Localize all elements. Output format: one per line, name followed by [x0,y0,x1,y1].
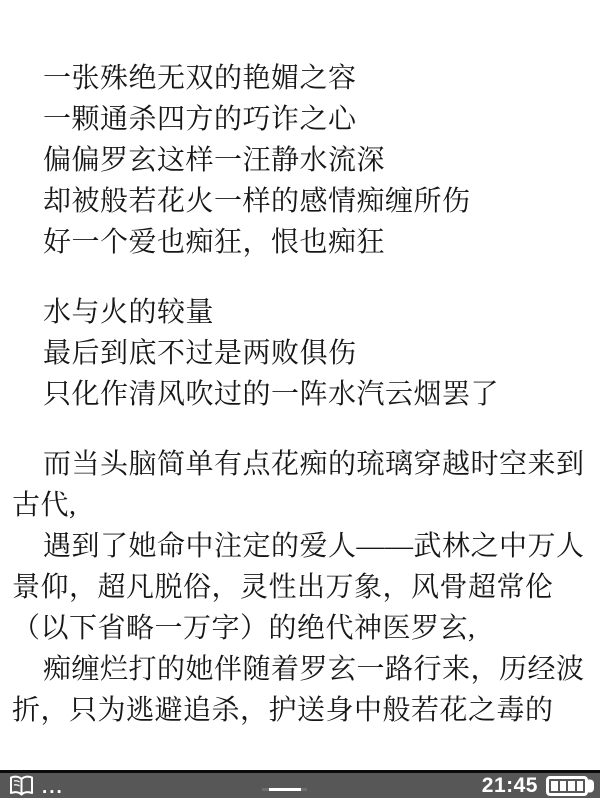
text-line: （以下省略一万字）的绝代神医罗玄, [12,608,596,649]
reader-page[interactable]: 一张殊绝无双的艳媚之容一颗通杀四方的巧诈之心偏偏罗玄这样一汪静水流深却被般若花火… [12,58,596,768]
text-line: 古代, [12,485,596,526]
battery-bar [560,781,567,791]
text-line: 好一个爱也痴狂，恨也痴狂 [12,222,596,263]
battery-bar [551,781,558,791]
text-line: 却被般若花火一样的感情痴缠所伤 [12,181,596,222]
text-line: 痴缠烂打的她伴随着罗玄一路行来，历经波 [12,649,596,690]
menu-ellipsis-label: ... [42,783,64,793]
text-line: 遇到了她命中注定的爱人——武林之中万人 [12,526,596,567]
text-line: 一颗通杀四方的巧诈之心 [12,99,596,140]
text-line: 偏偏罗玄这样一汪静水流深 [12,140,596,181]
battery-icon [546,776,588,796]
reader-menu-button[interactable]: ... [8,774,64,798]
reading-progress-slider[interactable] [262,788,307,791]
open-book-icon [8,775,35,797]
reading-progress-fill [269,788,301,791]
text-line: 只化作清风吹过的一阵水汽云烟罢了 [12,374,596,415]
text-line: 折，只为逃避追杀，护送身中般若花之毒的 [12,690,596,731]
battery-bar [577,781,584,791]
battery-bar [568,781,575,791]
status-bar: ... 21:45 [0,770,600,798]
text-line: 而当头脑简单有点花痴的琉璃穿越时空来到 [12,444,596,485]
text-line: 最后到底不过是两败俱伤 [12,333,596,374]
text-line: 水与火的较量 [12,292,596,333]
reader-lines: 一张殊绝无双的艳媚之容一颗通杀四方的巧诈之心偏偏罗玄这样一汪静水流深却被般若花火… [12,58,596,731]
text-line: 一张殊绝无双的艳媚之容 [12,58,596,99]
text-line: 景仰，超凡脱俗，灵性出万象，风骨超常伦 [12,567,596,608]
clock-time: 21:45 [482,774,538,798]
ereader-screen: 一张殊绝无双的艳媚之容一颗通杀四方的巧诈之心偏偏罗玄这样一汪静水流深却被般若花火… [0,0,600,800]
status-right-group: 21:45 [482,773,594,798]
battery-cap [587,779,594,792]
